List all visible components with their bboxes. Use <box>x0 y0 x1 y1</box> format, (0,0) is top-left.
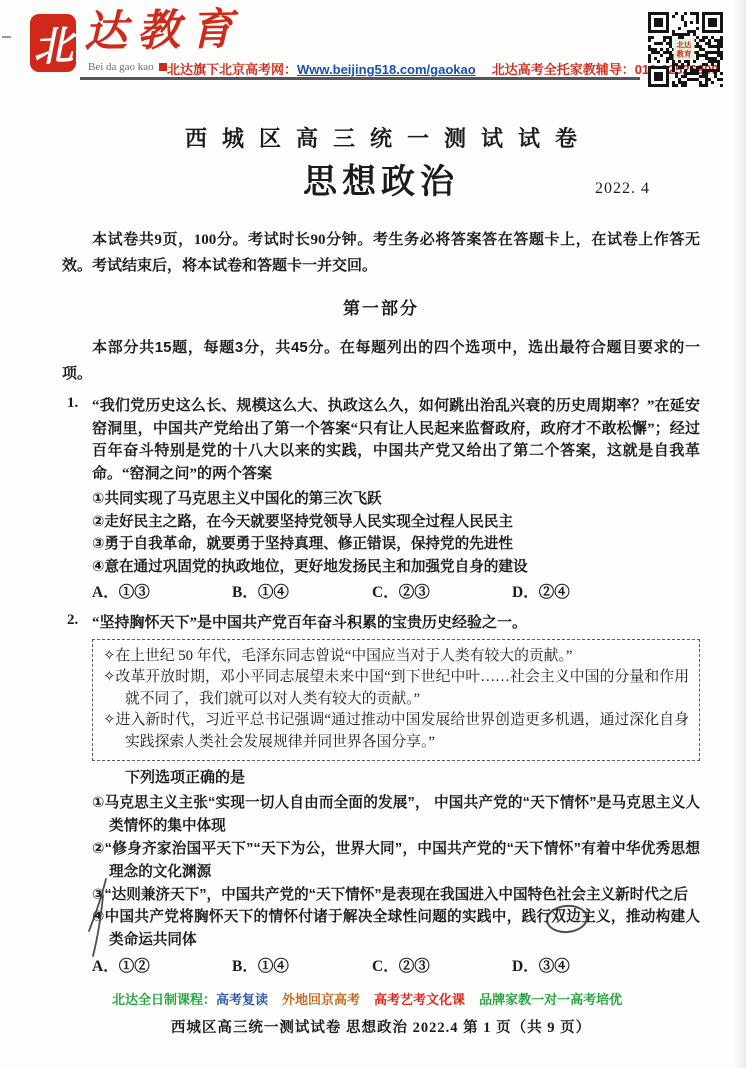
svg-text:教育: 教育 <box>676 49 692 59</box>
quote-item-2: ✧改革开放时期，邓小平同志展望未来中国“到下世纪中叶……社会主义中国的分量和作用… <box>103 667 689 710</box>
ad-course-1: 高考复读 <box>216 992 268 1007</box>
scan-edge-shadow <box>734 0 746 1068</box>
ad-label: 北达全日制课程： <box>112 992 216 1007</box>
header-divider <box>80 77 640 80</box>
pen-circle-annotation: 双边 <box>551 909 581 925</box>
ad-course-2: 外地回京高考 <box>282 992 360 1007</box>
exam-notice: 本试卷共9页，100分。考试时长90分钟。考生务必将答案答在答题卡上，在试卷上作… <box>62 227 700 279</box>
part1-heading: 第一部分 <box>62 294 700 319</box>
site-label: 北达旗下北京高考网： <box>167 62 297 77</box>
qr-code: 北达教育 <box>648 12 723 87</box>
paper-title: 西城区高三统一测试试卷 <box>62 126 700 151</box>
beida-seal-character: 北 <box>32 13 75 72</box>
quote-item-3: ✧进入新时代，习近平总书记强调“通过推动中国发展给世界创造更多机遇，通过深化自身… <box>103 710 689 753</box>
footer-ad-line: 北达全日制课程：高考复读外地回京高考高考艺考文化课品牌家教一对一高考培优 <box>112 989 700 1008</box>
ad-course-3: 高考艺考文化课 <box>374 992 465 1007</box>
question-1-number: 1. <box>67 395 78 412</box>
tutor-label: 北达高考全托家教辅导： <box>492 62 635 77</box>
question-1-stem: “我们党历史这么长、规模这么大、执政这么久，如何跳出治乱兴衰的历史周期率？”在延… <box>92 395 700 485</box>
option-b: B．①④ <box>232 581 372 604</box>
subject-title: 思想政治 <box>303 162 459 202</box>
option-d: D．③④ <box>512 955 652 978</box>
question-1-options: A．①③ B．①④ C．②③ D．②④ <box>92 581 700 604</box>
quote-box: ✧在上世纪 50 年代，毛泽东同志曾说“中国应当对于人类有较大的贡献。” ✧改革… <box>92 639 700 762</box>
beida-logo-romanization: Bei da gao kao <box>88 61 167 73</box>
subject-row: 思想政治 2022. 4 <box>62 162 700 202</box>
question-2-items: ①马克思主义主张“实现一切人自由而全面的发展”， 中国共产党的“天下情怀”是马克… <box>92 792 700 952</box>
option-c: C．②③ <box>372 955 512 978</box>
svg-text:北达: 北达 <box>677 40 692 50</box>
options-prompt: 下列选项正确的是 <box>92 767 700 789</box>
question-2-stem: “坚持胸怀天下”是中国共产党百年奋斗积累的宝贵历史经验之一。 <box>92 612 700 635</box>
page-footer: 西城区高三统一测试试卷 思想政治 2022.4 第 1 页（共 9 页） <box>62 1016 700 1037</box>
answer-item-4: ④意在通过巩固党的执政地位，更好地发扬民主和加强党自身的建设 <box>92 556 700 579</box>
question-2-number: 2. <box>67 612 78 629</box>
option-c: C．②③ <box>372 581 512 604</box>
question-1: 1. “我们党历史这么长、规模这么大、执政这么久，如何跳出治乱兴衰的历史周期率？… <box>62 395 700 604</box>
option-a: A．①② <box>92 955 232 978</box>
answer-item-1: ①共同实现了马克思主义中国化的第三次飞跃 <box>92 488 700 511</box>
quote-item-1: ✧在上世纪 50 年代，毛泽东同志曾说“中国应当对于人类有较大的贡献。” <box>103 646 689 668</box>
exam-page: 北 达教育 Bei da gao kao 北达旗下北京高考网：Www.beiji… <box>0 0 746 1068</box>
answer-item-2: ②走好民主之路，在今天就要坚持党领导人民实现全过程人民民主 <box>92 511 700 534</box>
answer-item-4: ④中国共产党将胸怀天下的情怀付诸于解决全球性问题的实践中，践行双边主义，推动构建… <box>92 906 700 952</box>
beida-logo-seal: 北 <box>30 14 76 72</box>
answer-item-1: ①马克思主义主张“实现一切人自由而全面的发展”， 中国共产党的“天下情怀”是马克… <box>92 792 700 838</box>
header-links: 北达旗下北京高考网：Www.beijing518.com/gaokao北达高考全… <box>167 59 719 78</box>
option-d: D．②④ <box>512 581 652 604</box>
answer-item-3: ③“达则兼济天下”，中国共产党的“天下情怀”是表现在我国进入中国特色社会主义新时… <box>92 884 700 907</box>
option-b: B．①④ <box>232 955 372 978</box>
answer-item-3: ③勇于自我革命，就要勇于坚持真理、修正错误，保持党的先进性 <box>92 533 700 556</box>
part1-instructions: 本部分共15题，每题3分，共45分。在每题列出的四个选项中，选出最符合题目要求的… <box>62 335 700 387</box>
option-a: A．①③ <box>92 581 232 604</box>
question-1-items: ①共同实现了马克思主义中国化的第三次飞跃 ②走好民主之路，在今天就要坚持党领导人… <box>92 488 700 578</box>
answer-item-2: ②“修身齐家治国平天下”“天下为公，世界大同”，中国共产党的“天下情怀”有着中华… <box>92 838 700 884</box>
question-2-options: A．①② B．①④ C．②③ D．③④ <box>92 955 700 978</box>
page-header: 北 达教育 Bei da gao kao 北达旗下北京高考网：Www.beiji… <box>0 0 746 102</box>
exam-content: 西城区高三统一测试试卷 思想政治 2022. 4 本试卷共9页，100分。考试时… <box>0 126 746 1037</box>
question-2: 2. “坚持胸怀天下”是中国共产党百年奋斗积累的宝贵历史经验之一。 ✧在上世纪 … <box>62 612 700 978</box>
ad-course-4: 品牌家教一对一高考培优 <box>479 992 622 1007</box>
red-square-icon <box>159 63 167 71</box>
beida-logo-text: 达教育 <box>84 9 244 55</box>
site-link[interactable]: Www.beijing518.com/gaokao <box>297 62 476 77</box>
exam-date: 2022. 4 <box>595 180 650 198</box>
